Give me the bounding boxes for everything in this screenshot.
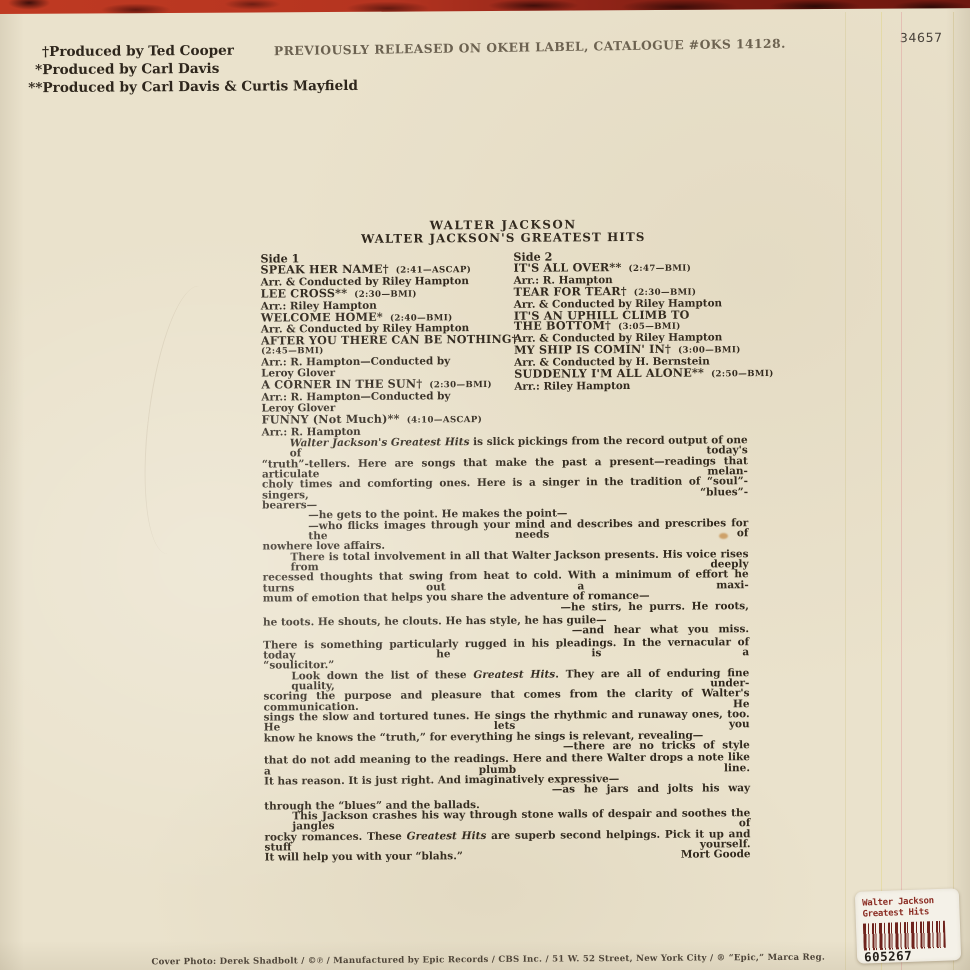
track-title: MY SHIP IS COMIN' IN† <box>514 342 671 357</box>
album-title: WALTER JACKSON'S GREATEST HITS <box>260 230 746 246</box>
track-line: FUNNY (Not Much)**(4:10—ASCAP) <box>262 412 515 427</box>
track-time: (3:00—BMI) <box>671 345 741 355</box>
track-time: (2:50—BMI) <box>704 369 774 379</box>
liner-notes-line: —who flicks images through your mind and… <box>262 518 748 542</box>
arranger-credit: Arr.: Riley Hampton <box>514 380 747 393</box>
stain <box>719 533 728 539</box>
catalog-number: 34657 <box>900 30 943 45</box>
track-title: TEAR FOR TEAR† <box>514 284 627 299</box>
barcode-icon <box>863 921 946 951</box>
side2-lines: IT'S ALL OVER**(2:47—BMI)Arr.: R. Hampto… <box>513 261 747 393</box>
title-block: WALTER JACKSON WALTER JACKSON'S GREATEST… <box>260 217 746 245</box>
track-title: SPEAK HER NAME† <box>260 262 388 277</box>
track-title: FUNNY (Not Much)** <box>261 411 399 426</box>
liner-notes-line: rocky romances. These Greatest Hits are … <box>264 829 750 853</box>
track-time: (4:10—ASCAP) <box>400 415 483 426</box>
producer-credit-line: *Produced by Carl Davis <box>28 60 358 80</box>
footer-credits: Cover Photo: Derek Shadbolt / ©℗ / Manuf… <box>3 951 970 969</box>
track-title: WELCOME HOME* <box>261 309 383 324</box>
liner-notes-line: choly times and comforting ones. Here is… <box>262 477 748 501</box>
side1-lines: SPEAK HER NAME†(2:41—ASCAP)Arr. & Conduc… <box>260 263 514 438</box>
track-title: THE BOTTOM† <box>514 319 611 334</box>
track-time: (2:30—BMI) <box>627 287 697 297</box>
track-title: SUDDENLY I'M ALL ALONE** <box>514 366 704 381</box>
track-line: AFTER YOU THERE CAN BE NOTHING† <box>261 334 514 347</box>
track-time: (3:05—BMI) <box>611 322 681 332</box>
track-title: IT'S ALL OVER** <box>513 260 621 275</box>
liner-notes-line: There is something particularly rugged i… <box>263 637 749 661</box>
producer-credit-line: **Produced by Carl Davis & Curtis Mayfie… <box>28 77 358 97</box>
side2-column: Side 2 IT'S ALL OVER**(2:47—BMI)Arr.: R.… <box>513 250 747 436</box>
track-title: A CORNER IN THE SUN† <box>261 376 422 391</box>
reviewer-byline: Mort Goode <box>681 850 751 861</box>
track-title: LEE CROSS** <box>261 286 348 301</box>
album-back-cover: 34657 †Produced by Ted Cooper*Produced b… <box>0 0 970 970</box>
price-sticker: Walter Jackson Greatest Hits 605267 <box>855 888 961 964</box>
liner-notes: Walter Jackson's Greatest Hits is slick … <box>262 435 751 863</box>
track-time: (2:47—BMI) <box>621 263 691 273</box>
track-time: (2:30—BMI) <box>347 289 417 299</box>
okeh-stamp: PREVIOUSLY RELEASED ON OKEH LABEL, CATAL… <box>274 37 724 59</box>
printed-area: 34657 †Produced by Ted Cooper*Produced b… <box>0 0 970 970</box>
track-time: (2:40—BMI) <box>383 313 453 323</box>
side1-column: Side 1 SPEAK HER NAME†(2:41—ASCAP)Arr. &… <box>260 252 514 438</box>
track-time: (2:41—ASCAP) <box>389 265 472 276</box>
tracklist: Side 1 SPEAK HER NAME†(2:41—ASCAP)Arr. &… <box>260 250 747 438</box>
track-time: (2:30—BMI) <box>422 380 492 390</box>
